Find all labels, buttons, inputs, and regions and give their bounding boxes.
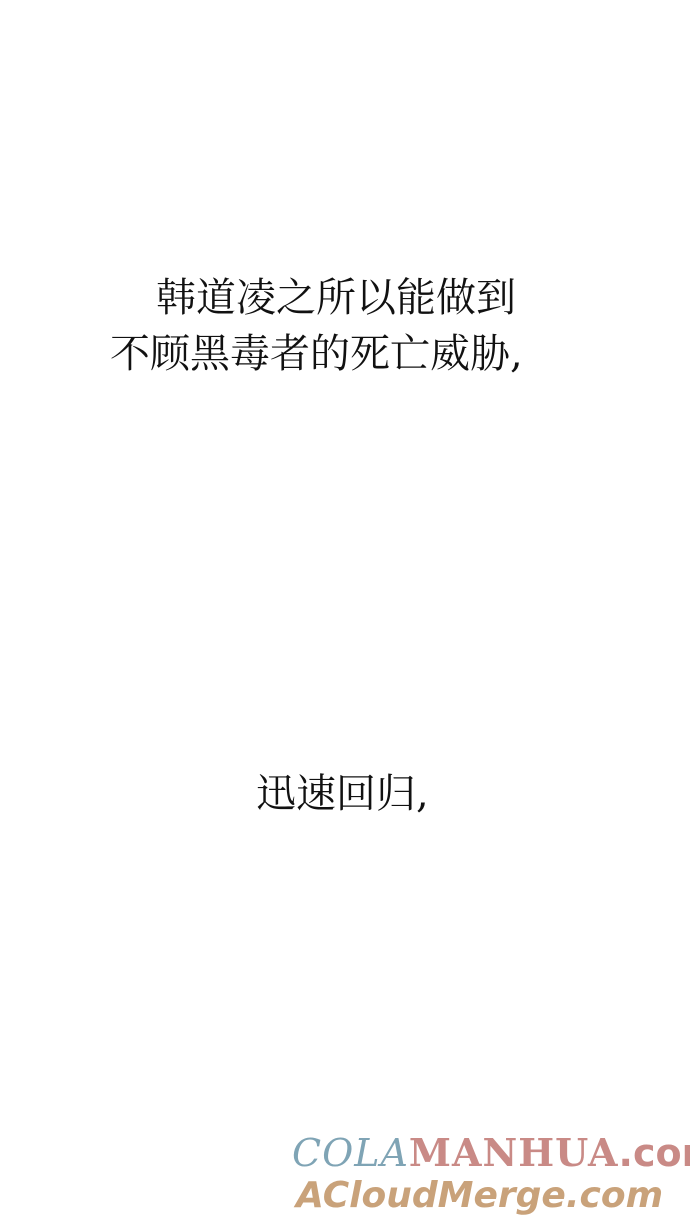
- site-watermark: COLAMANHUA.com ACloudMerge.com: [292, 1130, 690, 1221]
- caption-line: 迅速回归,: [256, 771, 429, 817]
- caption-line: 不顾黑毒者的死亡威胁,: [110, 326, 523, 382]
- caption-line: 韩道凌之所以能做到: [110, 270, 523, 326]
- narration-caption-1: 韩道凌之所以能做到 不顾黑毒者的死亡威胁,: [110, 270, 523, 382]
- watermark-colamanhua: COLAMANHUA.com: [292, 1130, 690, 1176]
- watermark-acloudmerge: ACloudMerge.com: [296, 1174, 663, 1218]
- comic-panel: 韩道凌之所以能做到 不顾黑毒者的死亡威胁, 迅速回归, COLAMANHUA.c…: [0, 0, 690, 1221]
- watermark-com-text: .com: [619, 1131, 690, 1175]
- watermark-cola-text: COLA: [292, 1131, 409, 1175]
- narration-caption-2: 迅速回归,: [256, 766, 429, 822]
- watermark-manhua-text: MANHUA: [409, 1130, 619, 1175]
